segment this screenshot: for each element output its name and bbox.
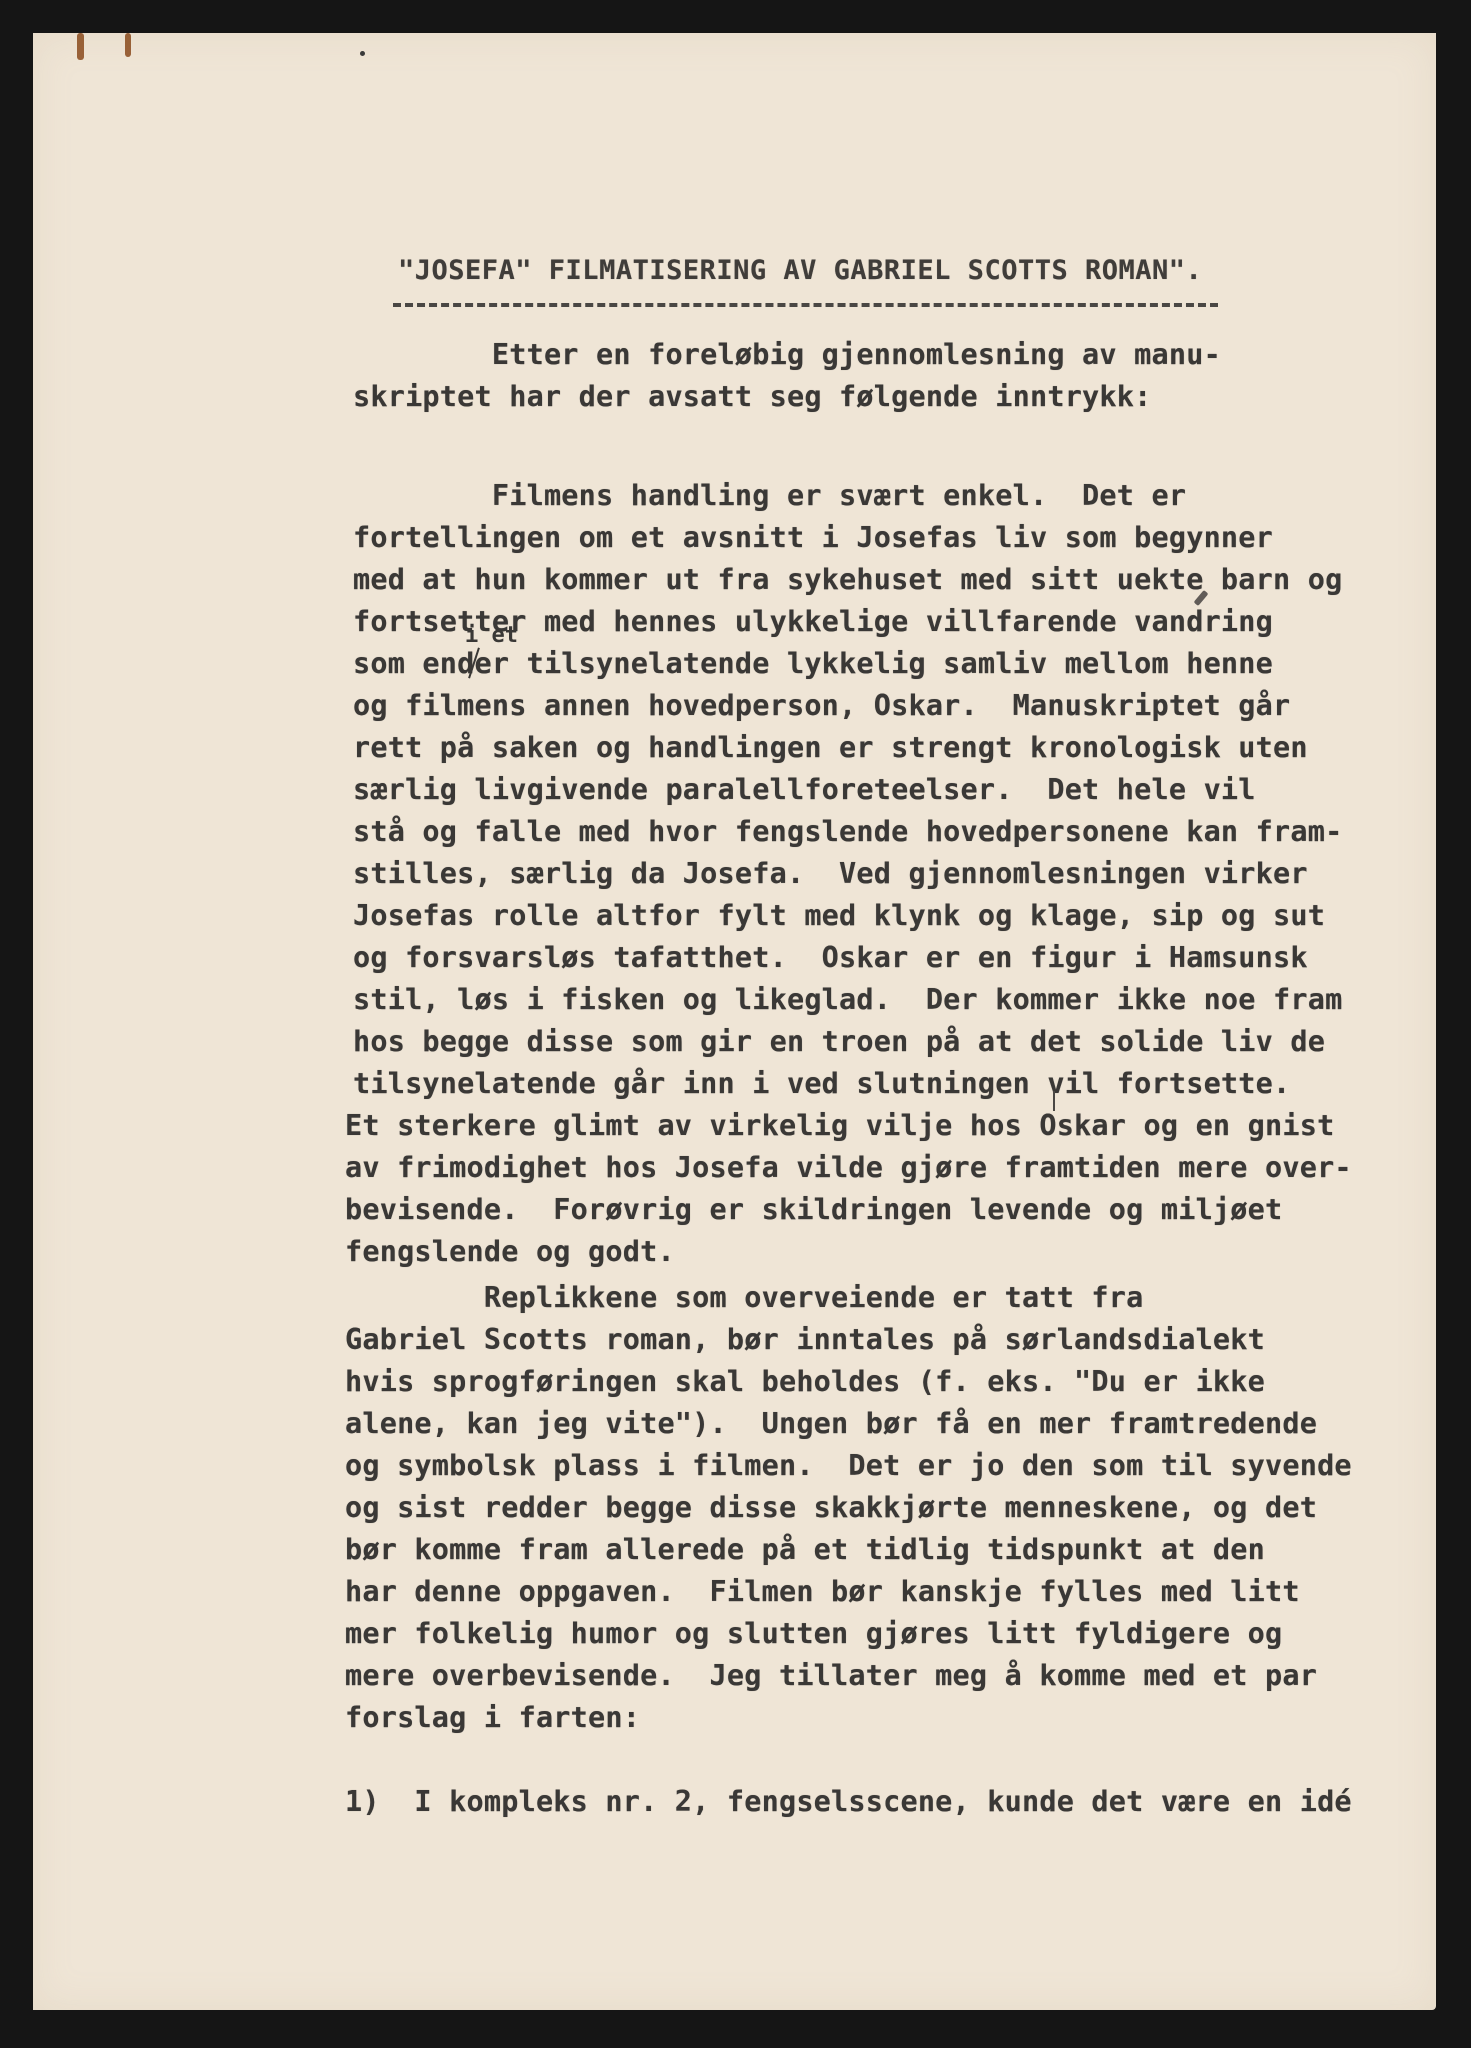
handwritten-insertion: i et xyxy=(465,623,518,648)
text-line: og filmens annen hovedperson, Oskar. Man… xyxy=(353,689,1290,722)
text-line: av frimodighet hos Josefa vilde gjøre fr… xyxy=(345,1151,1352,1184)
text-line: hos begge disse som gir en troen på at d… xyxy=(353,1025,1325,1058)
scanned-page: "JOSEFA" FILMATISERING AV GABRIEL SCOTTS… xyxy=(0,0,1471,2048)
text-line: bør komme fram allerede på et tidlig tid… xyxy=(345,1533,1265,1566)
title-underline xyxy=(393,303,1218,307)
text-line: Filmens handling er svært enkel. Det er xyxy=(353,479,1186,512)
text-line: skriptet har der avsatt seg følgende inn… xyxy=(353,380,1152,413)
rust-stain-mark xyxy=(125,33,131,57)
text-line: hvis sprogføringen skal beholdes (f. eks… xyxy=(345,1365,1265,1398)
text-line: særlig livgivende paralellforeteelser. D… xyxy=(353,773,1256,806)
text-line: fengslende og godt. xyxy=(345,1235,675,1268)
list-item: 1) I kompleks nr. 2, fengselsscene, kund… xyxy=(345,1785,1352,1818)
text-line: Et sterkere glimt av virkelig vilje hos … xyxy=(345,1109,1334,1142)
text-line: Gabriel Scotts roman, bør inntales på sø… xyxy=(345,1323,1265,1356)
ink-speck xyxy=(360,51,365,56)
text-line: med at hun kommer ut fra sykehuset med s… xyxy=(353,563,1342,596)
document-title: "JOSEFA" FILMATISERING AV GABRIEL SCOTTS… xyxy=(398,255,1202,286)
text-line: bevisende. Forøvrig er skildringen leven… xyxy=(345,1193,1282,1226)
paper-sheet: "JOSEFA" FILMATISERING AV GABRIEL SCOTTS… xyxy=(33,33,1436,2010)
text-line: har denne oppgaven. Filmen bør kanskje f… xyxy=(345,1575,1300,1608)
text-line: fortellingen om et avsnitt i Josefas liv… xyxy=(353,521,1273,554)
text-line: mere overbevisende. Jeg tillater meg å k… xyxy=(345,1659,1317,1692)
text-line: som ender tilsynelatende lykkelig samliv… xyxy=(353,647,1273,680)
text-line: Josefas rolle altfor fylt med klynk og k… xyxy=(353,899,1325,932)
text-line: tilsynelatende går inn i ved slutningen … xyxy=(353,1067,1290,1100)
text-line: forslag i farten: xyxy=(345,1701,640,1734)
text-line: stilles, særlig da Josefa. Ved gjennomle… xyxy=(353,857,1308,890)
text-line: og symbolsk plass i filmen. Det er jo de… xyxy=(345,1449,1352,1482)
text-line: Replikkene som overveiende er tatt fra xyxy=(345,1281,1144,1314)
insertion-caret-mark xyxy=(1053,1091,1055,1111)
text-line: rett på saken og handlingen er strengt k… xyxy=(353,731,1308,764)
text-line: og forsvarsløs tafatthet. Oskar er en fi… xyxy=(353,941,1308,974)
text-line: stå og falle med hvor fengslende hovedpe… xyxy=(353,815,1342,848)
text-line: stil, løs i fisken og likeglad. Der komm… xyxy=(353,983,1342,1016)
text-line: Etter en foreløbig gjennomlesning av man… xyxy=(353,338,1221,371)
rust-stain-mark xyxy=(77,33,84,60)
text-line: og sist redder begge disse skakkjørte me… xyxy=(345,1491,1317,1524)
text-line: mer folkelig humor og slutten gjøres lit… xyxy=(345,1617,1282,1650)
text-line: alene, kan jeg vite"). Ungen bør få en m… xyxy=(345,1407,1317,1440)
